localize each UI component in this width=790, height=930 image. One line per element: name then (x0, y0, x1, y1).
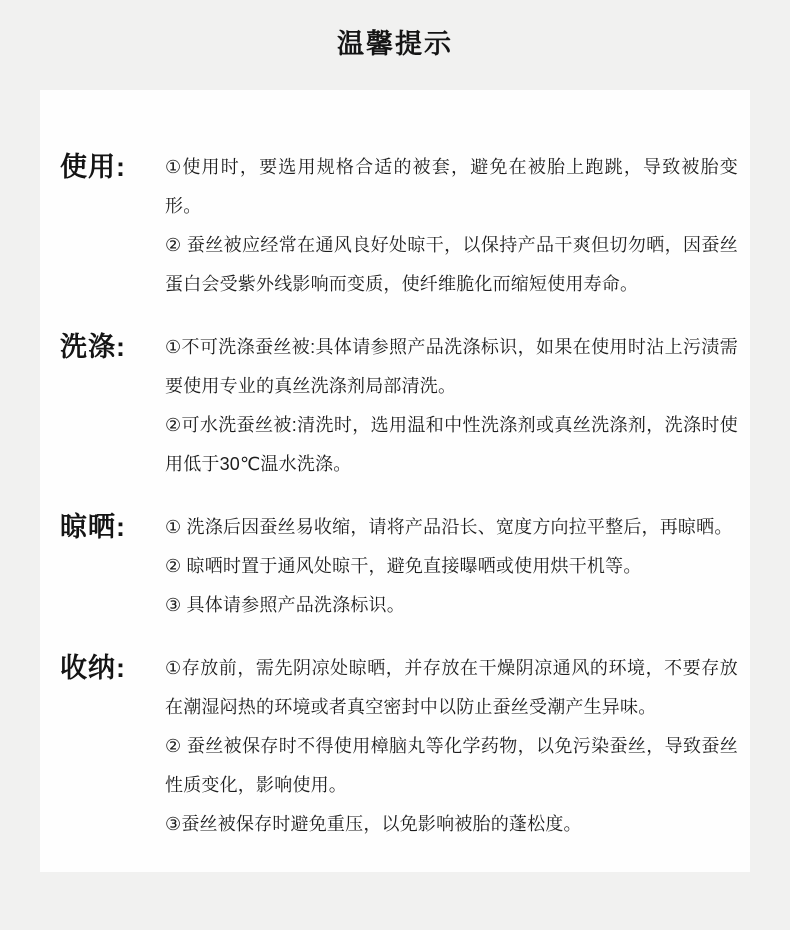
instruction-item: ① 洗涤后因蚕丝易收缩，请将产品沿长、宽度方向拉平整后，再晾晒。 (165, 508, 738, 547)
instruction-item: ②可水洗蚕丝被:清洗时，选用温和中性洗涤剂或真丝洗涤剂，洗涤时使用低于30℃温水… (165, 406, 738, 484)
section-storage-body: ①存放前，需先阴凉处晾晒，并存放在干燥阴凉通风的环境，不要存放在潮湿闷热的环境或… (165, 649, 738, 844)
section-washing-body: ①不可洗涤蚕丝被:具体请参照产品洗涤标识，如果在使用时沾上污渍需要使用专业的真丝… (165, 328, 738, 484)
page-title: 温馨提示 (0, 22, 790, 61)
instruction-item: ② 晾哂时置于通风处晾干，避免直接曝哂或使用烘干机等。 (165, 547, 738, 586)
section-drying: 晾晒: ① 洗涤后因蚕丝易收缩，请将产品沿长、宽度方向拉平整后，再晾晒。 ② 晾… (60, 508, 738, 625)
section-washing-label: 洗涤: (60, 328, 165, 367)
care-tips-page: 温馨提示 使用: ①使用时，要选用规格合适的被套，避免在被胎上跑跳，导致被胎变形… (0, 0, 790, 930)
care-instructions-card: 使用: ①使用时，要选用规格合适的被套，避免在被胎上跑跳，导致被胎变形。 ② 蚕… (40, 90, 750, 872)
section-use-body: ①使用时，要选用规格合适的被套，避免在被胎上跑跳，导致被胎变形。 ② 蚕丝被应经… (165, 148, 738, 304)
section-washing: 洗涤: ①不可洗涤蚕丝被:具体请参照产品洗涤标识，如果在使用时沾上污渍需要使用专… (60, 328, 738, 484)
instruction-item: ③ 具体请参照产品洗涤标识。 (165, 586, 738, 625)
section-drying-label: 晾晒: (60, 508, 165, 547)
section-storage: 收纳: ①存放前，需先阴凉处晾晒，并存放在干燥阴凉通风的环境，不要存放在潮湿闷热… (60, 649, 738, 844)
section-drying-body: ① 洗涤后因蚕丝易收缩，请将产品沿长、宽度方向拉平整后，再晾晒。 ② 晾哂时置于… (165, 508, 738, 625)
instruction-item: ①使用时，要选用规格合适的被套，避免在被胎上跑跳，导致被胎变形。 (165, 148, 738, 226)
instruction-item: ② 蚕丝被保存时不得使用樟脑丸等化学药物，以免污染蚕丝，导致蚕丝性质变化，影响使… (165, 727, 738, 805)
section-use: 使用: ①使用时，要选用规格合适的被套，避免在被胎上跑跳，导致被胎变形。 ② 蚕… (60, 148, 738, 304)
instruction-item: ①存放前，需先阴凉处晾晒，并存放在干燥阴凉通风的环境，不要存放在潮湿闷热的环境或… (165, 649, 738, 727)
instruction-item: ③蚕丝被保存时避免重压，以免影响被胎的蓬松度。 (165, 805, 738, 844)
instruction-item: ①不可洗涤蚕丝被:具体请参照产品洗涤标识，如果在使用时沾上污渍需要使用专业的真丝… (165, 328, 738, 406)
section-storage-label: 收纳: (60, 649, 165, 688)
section-use-label: 使用: (60, 148, 165, 187)
instruction-item: ② 蚕丝被应经常在通风良好处晾干，以保持产品干爽但切勿晒，因蚕丝蛋白会受紫外线影… (165, 226, 738, 304)
